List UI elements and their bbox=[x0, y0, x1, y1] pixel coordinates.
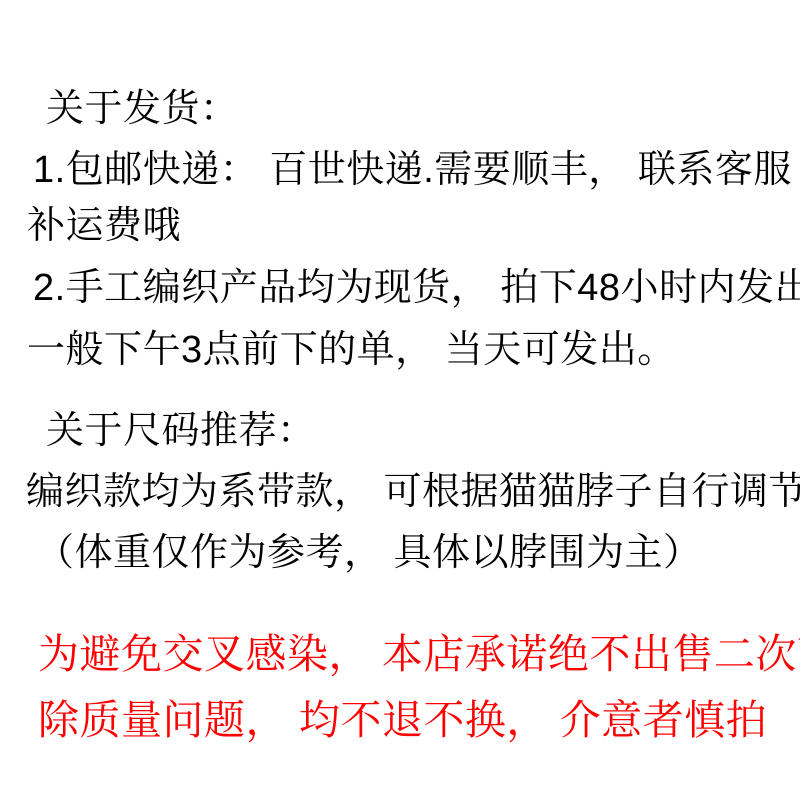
shipping-courier-line: 1.包邮快递： 百世快递.需要顺丰， 联系客服 bbox=[33, 151, 792, 189]
notice-no-resale-line: 为避免交叉感染， 本店承诺绝不出售二次商品 bbox=[38, 634, 800, 675]
sizing-heading: 关于尺码推荐： bbox=[46, 412, 316, 450]
sizing-reference-line: （体重仅作为参考， 具体以脖围为主） bbox=[36, 534, 702, 572]
notice-no-return-line: 除质量问题， 均不退不换， 介意者慎拍 bbox=[38, 700, 767, 741]
sizing-adjust-line: 编织款均为系带款， 可根据猫猫脖子自行调节 bbox=[26, 473, 800, 511]
product-description-page: 关于发货： 1.包邮快递： 百世快递.需要顺丰， 联系客服 补运费哦 2.手工编… bbox=[0, 0, 800, 800]
shipping-time-line-continued: 一般下午3点前下的单， 当天可发出。 bbox=[27, 331, 676, 369]
shipping-time-line: 2.手工编织产品均为现货， 拍下48小时内发出. bbox=[33, 269, 800, 307]
shipping-heading: 关于发货： bbox=[46, 90, 239, 128]
shipping-courier-line-continued: 补运费哦 bbox=[27, 207, 181, 245]
